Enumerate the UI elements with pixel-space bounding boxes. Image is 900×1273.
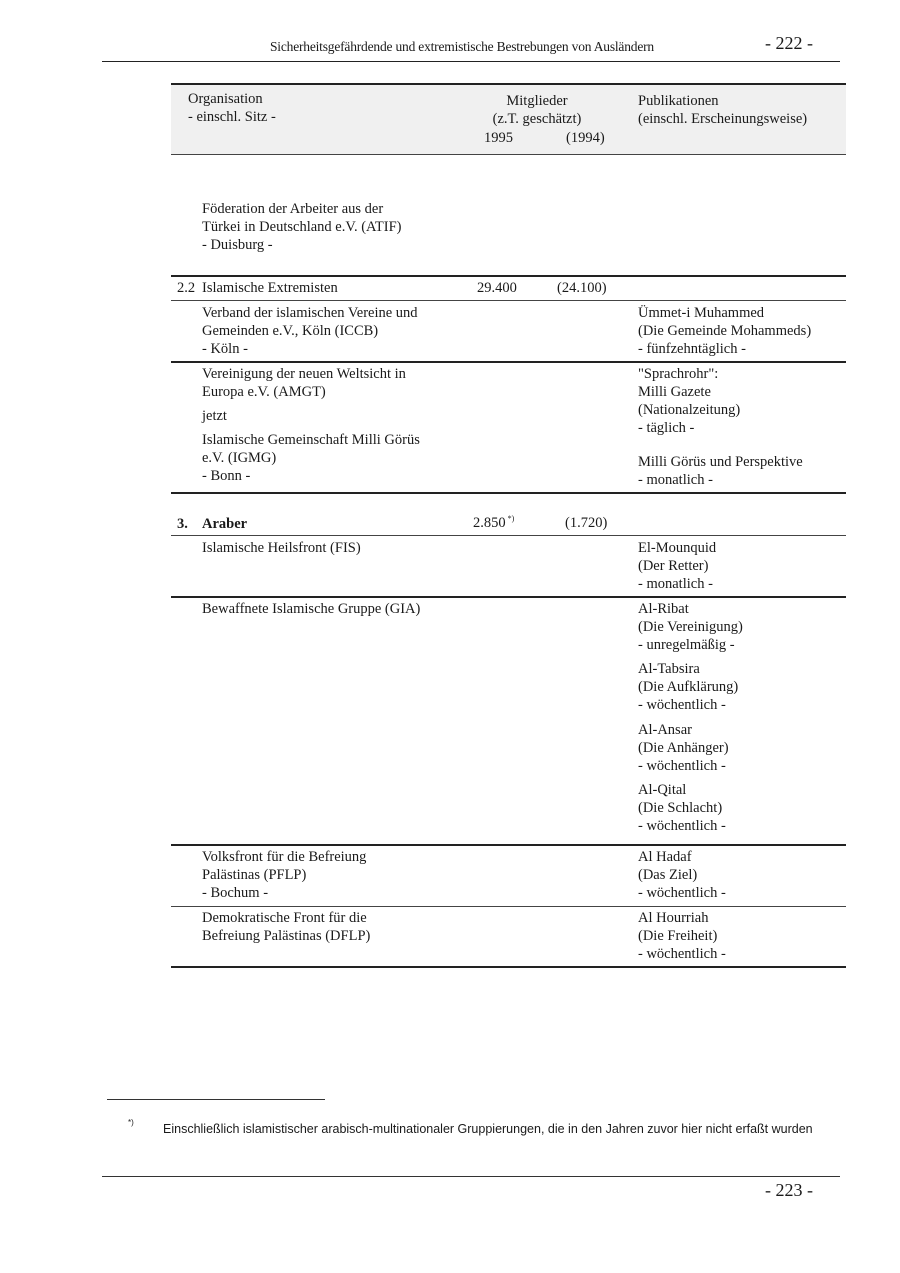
pub-al-ribat: Al-Ribat (Die Vereinigung) - unregelmäßi… [638, 600, 743, 654]
pub-al-hourriah: Al Hourriah (Die Freiheit) - wöchentlich… [638, 909, 726, 963]
table-bottom-rule [171, 966, 846, 968]
org-gia: Bewaffnete Islamische Gruppe (GIA) [202, 600, 420, 618]
section-number-2-2: 2.2 [177, 279, 195, 297]
row-divider [171, 535, 846, 536]
page-number-top: - 222 - [765, 34, 813, 52]
org-dflp: Demokratische Front für die Befreiung Pa… [202, 909, 370, 945]
pub-al-ansar: Al-Ansar (Die Anhänger) - wöchentlich - [638, 721, 729, 775]
pub-iccb: Ümmet-i Muhammed (Die Gemeinde Mohammeds… [638, 304, 811, 358]
members-1994: (24.100) [557, 279, 607, 297]
header-year-1994: (1994) [566, 129, 605, 147]
members-value: 2.850 [473, 515, 506, 531]
section-label-islamische-extremisten: Islamische Extremisten [202, 279, 338, 297]
footnote-mark: *) [128, 1118, 134, 1127]
running-header-title: Sicherheitsgefährdende und extremistisch… [270, 38, 654, 56]
header-organisation: Organisation - einschl. Sitz - [188, 90, 276, 126]
row-divider [171, 492, 846, 494]
members-1995-araber: 2.850*) [473, 514, 514, 532]
org-pflp: Volksfront für die Befreiung Palästinas … [202, 848, 366, 902]
pub-al-hadaf: Al Hadaf (Das Ziel) - wöchentlich - [638, 848, 726, 902]
pub-al-tabsira: Al-Tabsira (Die Aufklärung) - wöchentlic… [638, 660, 738, 714]
pub-el-mounquid: El-Mounquid (Der Retter) - monatlich - [638, 539, 716, 593]
org-fis: Islamische Heilsfront (FIS) [202, 539, 361, 557]
row-divider [171, 275, 846, 277]
pub-milli-gorus: Milli Görüs und Perspektive - monatlich … [638, 453, 803, 489]
footnote-text: Einschließlich islamistischer arabisch-m… [163, 1120, 838, 1138]
members-1994-araber: (1.720) [565, 514, 607, 532]
row-divider [171, 361, 846, 363]
row-divider [171, 596, 846, 598]
pub-milli-gazete: "Sprachrohr": Milli Gazete (Nationalzeit… [638, 365, 740, 437]
pub-al-qital: Al-Qital (Die Schlacht) - wöchentlich - [638, 781, 726, 835]
row-divider [171, 906, 846, 907]
footnote-reference: *) [508, 514, 515, 523]
row-divider [171, 844, 846, 846]
section-number-3: 3. [177, 515, 188, 533]
members-1995: 29.400 [477, 279, 517, 297]
org-amgt: Vereinigung der neuen Weltsicht in Europ… [202, 365, 406, 401]
org-jetzt: jetzt [202, 407, 227, 425]
header-rule [102, 61, 840, 62]
section-label-araber: Araber [202, 515, 247, 533]
org-iccb: Verband der islamischen Vereine und Geme… [202, 304, 418, 358]
org-igmg: Islamische Gemeinschaft Milli Görüs e.V.… [202, 431, 420, 485]
org-atif: Föderation der Arbeiter aus der Türkei i… [202, 200, 401, 254]
header-publications: Publikationen (einschl. Erscheinungsweis… [638, 92, 807, 128]
header-year-1995: 1995 [484, 129, 513, 147]
footer-rule [102, 1176, 840, 1177]
header-members: Mitglieder (z.T. geschätzt) [470, 92, 604, 128]
row-divider [171, 300, 846, 301]
footnote-rule [107, 1099, 325, 1100]
page-number-bottom: - 223 - [765, 1181, 813, 1199]
